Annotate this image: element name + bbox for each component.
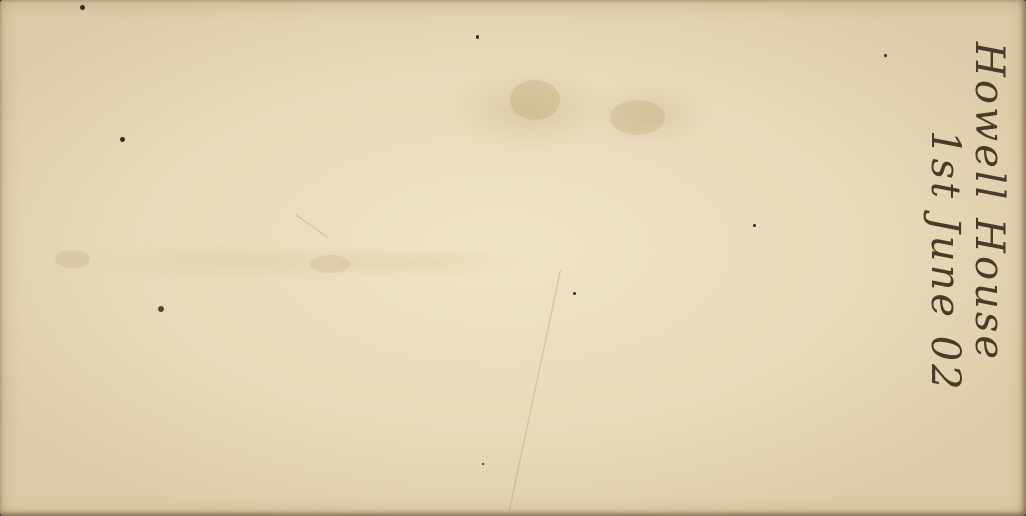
ink-speck bbox=[884, 54, 887, 57]
handwritten-inscription-line-1: Howell House bbox=[966, 42, 1012, 362]
ink-speck bbox=[80, 5, 85, 10]
ink-speck bbox=[158, 306, 164, 312]
stain bbox=[310, 255, 350, 273]
ink-speck bbox=[476, 35, 479, 39]
ink-speck bbox=[573, 292, 576, 295]
paper-card: Howell House 1st June 02 bbox=[0, 0, 1026, 516]
ink-speck bbox=[482, 463, 484, 465]
stain bbox=[55, 250, 90, 268]
paper-crease bbox=[508, 270, 561, 515]
stain bbox=[510, 80, 560, 120]
ink-speck bbox=[753, 224, 756, 227]
ink-speck bbox=[120, 137, 125, 142]
paper-crease bbox=[295, 214, 328, 238]
stain bbox=[610, 100, 665, 135]
handwritten-inscription-line-2: 1st June 02 bbox=[922, 130, 968, 393]
